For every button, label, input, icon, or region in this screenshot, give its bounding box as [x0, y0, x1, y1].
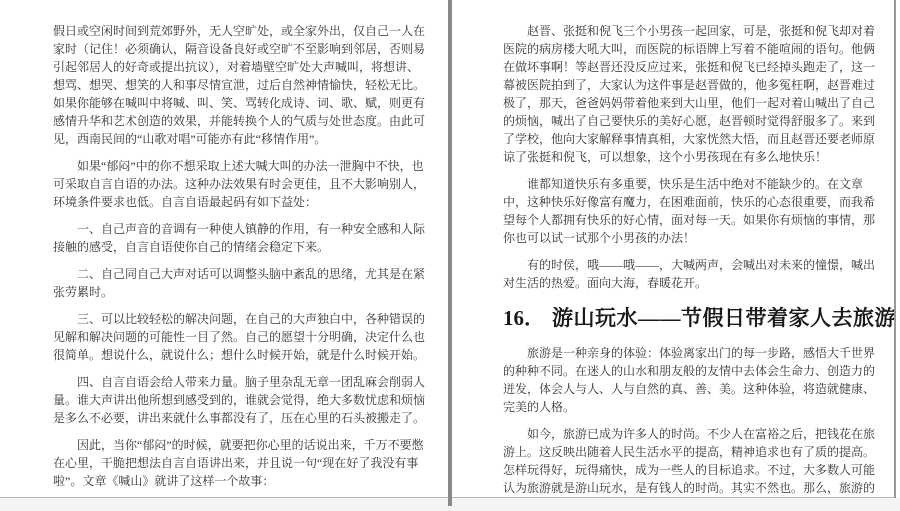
text-line: 有的时侯，哦——哦——，大喊两声，会喊出对未来的憧憬，喊出	[503, 256, 875, 274]
text-line: 在做坏事啊！等赵晋还没反应过来，张挺和倪飞已经掉头跑走了，这一	[503, 58, 875, 76]
text-line: 旅游是一种亲身的体验：体验离家出门的每一步路，感悟大千世界	[503, 344, 875, 362]
text-line: 二、自己同自己大声对话可以调整头脑中紊乱的思绪，尤其是在紧	[53, 265, 425, 283]
text-line: 中，这种快乐好像富有魔力，在困难面前，快乐的心态很重要，而我希	[503, 193, 875, 211]
text-line: 医院的病房楼大吼大叫，而医院的标语牌上写着不能喧闹的语句。他俩	[503, 40, 875, 58]
text-line: 是多么不必要，讲出来就什么事都没有了，压在心里的石头被搬走了。	[53, 409, 425, 427]
text-line: 的烦恼，喊出了自己要快乐的美好心愿，赵晋顿时觉得舒服多了。来到	[503, 112, 875, 130]
paragraph: 谁都知道快乐有多重要，快乐是生活中绝对不能缺少的。在文章中，这种快乐好像富有魔力…	[503, 175, 875, 247]
text-line: 见解和解决问题的可能性一目了然。自己的愿望十分明确，决定什么也	[53, 328, 425, 346]
text-line: 如今，旅游已成为许多人的时尚。不少人在富裕之后，把钱花在旅	[503, 425, 875, 443]
text-line: 游上。这反映出随着人民生活水平的提高，精神追求也有了质的提高。	[503, 443, 875, 461]
paragraph: 三、可以比较轻松的解决问题，在自己的大声独白中，各种错误的见解和解决问题的可能性…	[53, 310, 425, 364]
text-line: 感情升华和艺术创造的效果，并能转换个人的气质与处世态度。由此可	[53, 112, 425, 130]
text-line: 迸发，体会人与人、人与自然的真、善、美。这种体验，将造就健康、	[503, 380, 875, 398]
text-line: 幕被医院拍到了，大家认为这件事是赵晋做的，他多冤枉啊，赵晋难过	[503, 76, 875, 94]
paragraph: 一、自己声音的音调有一种使人镇静的作用，有一种安全感和人际接触的感受，自言自语使…	[53, 220, 425, 256]
page-right: 赵晋、张挺和倪飞三个小男孩一起回家，可是，张挺和倪飞却对着医院的病房楼大吼大叫，…	[452, 0, 894, 497]
paragraph: 赵晋、张挺和倪飞三个小男孩一起回家，可是，张挺和倪飞却对着医院的病房楼大吼大叫，…	[503, 22, 875, 166]
page-right-edge	[894, 0, 896, 498]
text-line: 如果“郁闷”中的你不想采取上述大喊大叫的办法一泄胸中不快，也	[53, 157, 425, 175]
text-line: 完美的人格。	[503, 398, 875, 416]
text-line: 接触的感受，自言自语使你自己的情绪会稳定下来。	[53, 238, 425, 256]
text-line: 三、可以比较轻松的解决问题，在自己的大声独白中，各种错误的	[53, 310, 425, 328]
page-left-text: 假日或空闲时间到荒郊野外，无人空旷处，或全家外出，仅自己一人在家时（记住！必须确…	[53, 22, 425, 490]
text-line: 环境条件要求也低。自言自语最起码有如下益处：	[53, 193, 425, 211]
page-left: 假日或空闲时间到荒郊野外，无人空旷处，或全家外出，仅自己一人在家时（记住！必须确…	[0, 0, 448, 497]
text-line: 因此，当你“郁闷”的时候，就要把你心里的话说出来，千万不要憋	[53, 436, 425, 454]
text-line: 了学校，他向大家解释事情真相，大家恍然大悟，而且赵晋还要老师原	[503, 130, 875, 148]
text-line: 张劳累时。	[53, 283, 425, 301]
text-line: 见，西南民间的“山歌对唱”可能亦有此“移情作用”。	[53, 130, 425, 148]
text-line: 如果你能够在喊叫中将喊、叫、笑、骂转化成诗、词、歌、赋，则更有	[53, 94, 425, 112]
page-divider	[448, 0, 452, 506]
text-line: 四、自言自语会给人带来力量。脑子里杂乱无章一团乱麻会削弱人	[53, 373, 425, 391]
paragraph: 因此，当你“郁闷”的时候，就要把你心里的话说出来，千万不要憋在心里，干脆把想法自…	[53, 436, 425, 490]
section-heading: 16．游山玩水——节假日带着家人去旅游	[503, 303, 875, 333]
text-line: 家时（记住！必须确认，隔音设备良好或空旷不至影响到邻居，否则易	[53, 40, 425, 58]
text-line: 的种种不同。在迷人的山水和朋友般的友情中去体会生命力、创造力的	[503, 362, 875, 380]
text-line: 可采取自言自语的办法。这种办法效果有时会更佳，且不大影响别人，	[53, 175, 425, 193]
text-line: 你也可以试一试那个小男孩的办法！	[503, 229, 875, 247]
text-line: 极了，那天，爸爸妈妈带着他来到大山里，他们一起对着山喊出了自己	[503, 94, 875, 112]
text-line: 望每个人都拥有快乐的好心情，面对每一天。如果你有烦恼的事情，那	[503, 211, 875, 229]
text-line: 谁都知道快乐有多重要，快乐是生活中绝对不能缺少的。在文章	[503, 175, 875, 193]
text-line: 啦”。文章《喊山》就讲了这样一个故事：	[53, 472, 425, 490]
text-line: 在心里，干脆把想法自言自语讲出来，并且说一句“现在好了我没有事	[53, 454, 425, 472]
paragraph: 二、自己同自己大声对话可以调整头脑中紊乱的思绪，尤其是在紧张劳累时。	[53, 265, 425, 301]
paragraph: 有的时侯，哦——哦——，大喊两声，会喊出对未来的憧憬，喊出对生活的热爱。面向大海…	[503, 256, 875, 292]
text-line: 量。谁大声讲出他所想到感受到的，谁就会觉得，绝大多数忧虑和烦恼	[53, 391, 425, 409]
text-line: 谅了张挺和倪飞，可以想象，这个小男孩现在有多么地快乐！	[503, 148, 875, 166]
page-right-text: 赵晋、张挺和倪飞三个小男孩一起回家，可是，张挺和倪飞却对着医院的病房楼大吼大叫，…	[503, 22, 875, 497]
text-line: 引起邻居人的好奇或提出抗议），对着墙壁空旷处大声喊叫，将想讲、	[53, 58, 425, 76]
paragraph: 四、自言自语会给人带来力量。脑子里杂乱无章一团乱麻会削弱人量。谁大声讲出他所想到…	[53, 373, 425, 427]
text-line: 赵晋、张挺和倪飞三个小男孩一起回家，可是，张挺和倪飞却对着	[503, 22, 875, 40]
text-line: 想骂、想哭、想笑的人和事尽情宣泄，过后自然神情愉快，轻松无比。	[53, 76, 425, 94]
paragraph: 旅游是一种亲身的体验：体验离家出门的每一步路，感悟大千世界的种种不同。在迷人的山…	[503, 344, 875, 416]
text-line: 怎样玩得好，玩得痛快，成为一些人的目标追求。不过，大多数人可能	[503, 461, 875, 479]
paragraph: 假日或空闲时间到荒郊野外，无人空旷处，或全家外出，仅自己一人在家时（记住！必须确…	[53, 22, 425, 148]
section-title: 游山玩水——节假日带着家人去旅游	[552, 306, 894, 330]
text-line: 对生活的热爱。面向大海，春暖花开。	[503, 274, 875, 292]
text-line: 一、自己声音的音调有一种使人镇静的作用，有一种安全感和人际	[53, 220, 425, 238]
text-line: 认为旅游就是游山玩水，是有钱人的时尚。其实不然也。那么，旅游的	[503, 479, 875, 497]
paragraph: 如果“郁闷”中的你不想采取上述大喊大叫的办法一泄胸中不快，也可采取自言自语的办法…	[53, 157, 425, 211]
text-line: 假日或空闲时间到荒郊野外，无人空旷处，或全家外出，仅自己一人在	[53, 22, 425, 40]
paragraph: 如今，旅游已成为许多人的时尚。不少人在富裕之后，把钱花在旅游上。这反映出随着人民…	[503, 425, 875, 497]
document-viewer: 假日或空闲时间到荒郊野外，无人空旷处，或全家外出，仅自己一人在家时（记住！必须确…	[0, 0, 900, 511]
section-number: 16．	[503, 306, 545, 330]
text-line: 很简单。想说什么，就说什么；想什么时候开始，就是什么时候开始。	[53, 346, 425, 364]
